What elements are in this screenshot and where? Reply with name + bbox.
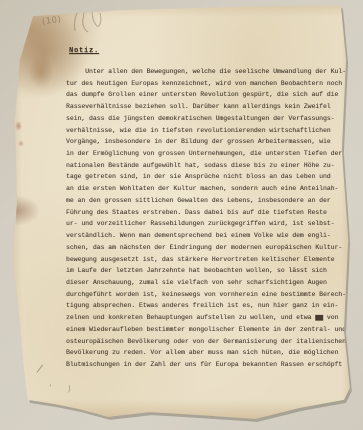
typed-text-block: Unter allen den Bewegungen, welche die s… xyxy=(66,66,358,371)
typed-line: tigung absprechen. Etwas anderes freilic… xyxy=(66,300,358,312)
typed-line: das dumpfe Grollen einer untersten Revol… xyxy=(66,89,358,101)
edge-dark-stain xyxy=(6,202,15,216)
typed-line: tage getreten sind, in der sie Ansprüche… xyxy=(66,171,358,183)
typed-line: durchgeführt worden ist, keineswegs von … xyxy=(66,289,358,301)
pencil-bottom-marks: ' ) xyxy=(49,383,78,394)
typed-line: tur des heutigen Europas kennzeichnet, w… xyxy=(66,78,358,90)
typed-line: dieser Anschauung, zumal sie vielfach vo… xyxy=(66,277,358,289)
document-title: Notiz. xyxy=(69,47,99,55)
typed-line: einem Wiederaufleben bestimmter mongolis… xyxy=(66,324,358,336)
typed-line: nationalen Bestände aufgewühlt hat, soda… xyxy=(66,160,358,172)
red-stain-spot xyxy=(18,140,24,147)
typed-line: schen, das am nächsten der Eindringung d… xyxy=(66,242,358,254)
typed-line: im Laufe der letzten Jahrzehnte hat beob… xyxy=(66,265,358,277)
document-page: (10) Notiz. Unter allen den Bewegungen, … xyxy=(6,3,353,427)
typed-line: Führung des Staates erstreben. Dass dabe… xyxy=(66,207,358,219)
corner-stain xyxy=(28,55,54,89)
pencil-tick-mark xyxy=(36,364,43,373)
red-stain-spot xyxy=(15,121,22,131)
typed-line: ur- und vorzeitlicher Rassebildungen zur… xyxy=(66,218,358,230)
typed-line: Rasseverhältnisse beziehen soll. Darüber… xyxy=(66,101,358,113)
typed-line: osteuropäischen Bevölkerung oder von der… xyxy=(66,336,358,348)
typed-line: verhältnisse, wie die in tiefsten revolu… xyxy=(66,125,358,137)
typed-line: me an den grossen sittlichen Gewalten de… xyxy=(66,195,358,207)
pencil-scrawl-mark xyxy=(68,3,112,37)
typed-line: zelnen und konkreten Behauptungen aufste… xyxy=(66,312,358,324)
typed-line: Bevölkerung zu reden. Vor allem aber mus… xyxy=(66,347,358,359)
typed-line: bewegung ausgesetzt ist, das stärkere He… xyxy=(66,254,358,266)
typed-line: Vorgänge, insbesondere in der Bildung de… xyxy=(66,136,358,148)
typed-line: in der Ermöglichung von grossen Unterneh… xyxy=(66,148,358,160)
typed-line: an die ersten Wohltaten der Kultur mache… xyxy=(66,183,358,195)
typed-line: sein, dass die jüngsten demokratischen U… xyxy=(66,113,358,125)
typed-line: verständlich. Wenn man dementsprechend b… xyxy=(66,230,358,242)
pencil-page-number: (10) xyxy=(41,15,62,28)
typed-line: Unter allen den Bewegungen, welche die s… xyxy=(66,66,358,78)
scanned-document: { "document": { "title": "Notiz.", "line… xyxy=(0,0,363,430)
typed-line: Blutmischungen in der Zahl der uns für E… xyxy=(66,359,358,371)
